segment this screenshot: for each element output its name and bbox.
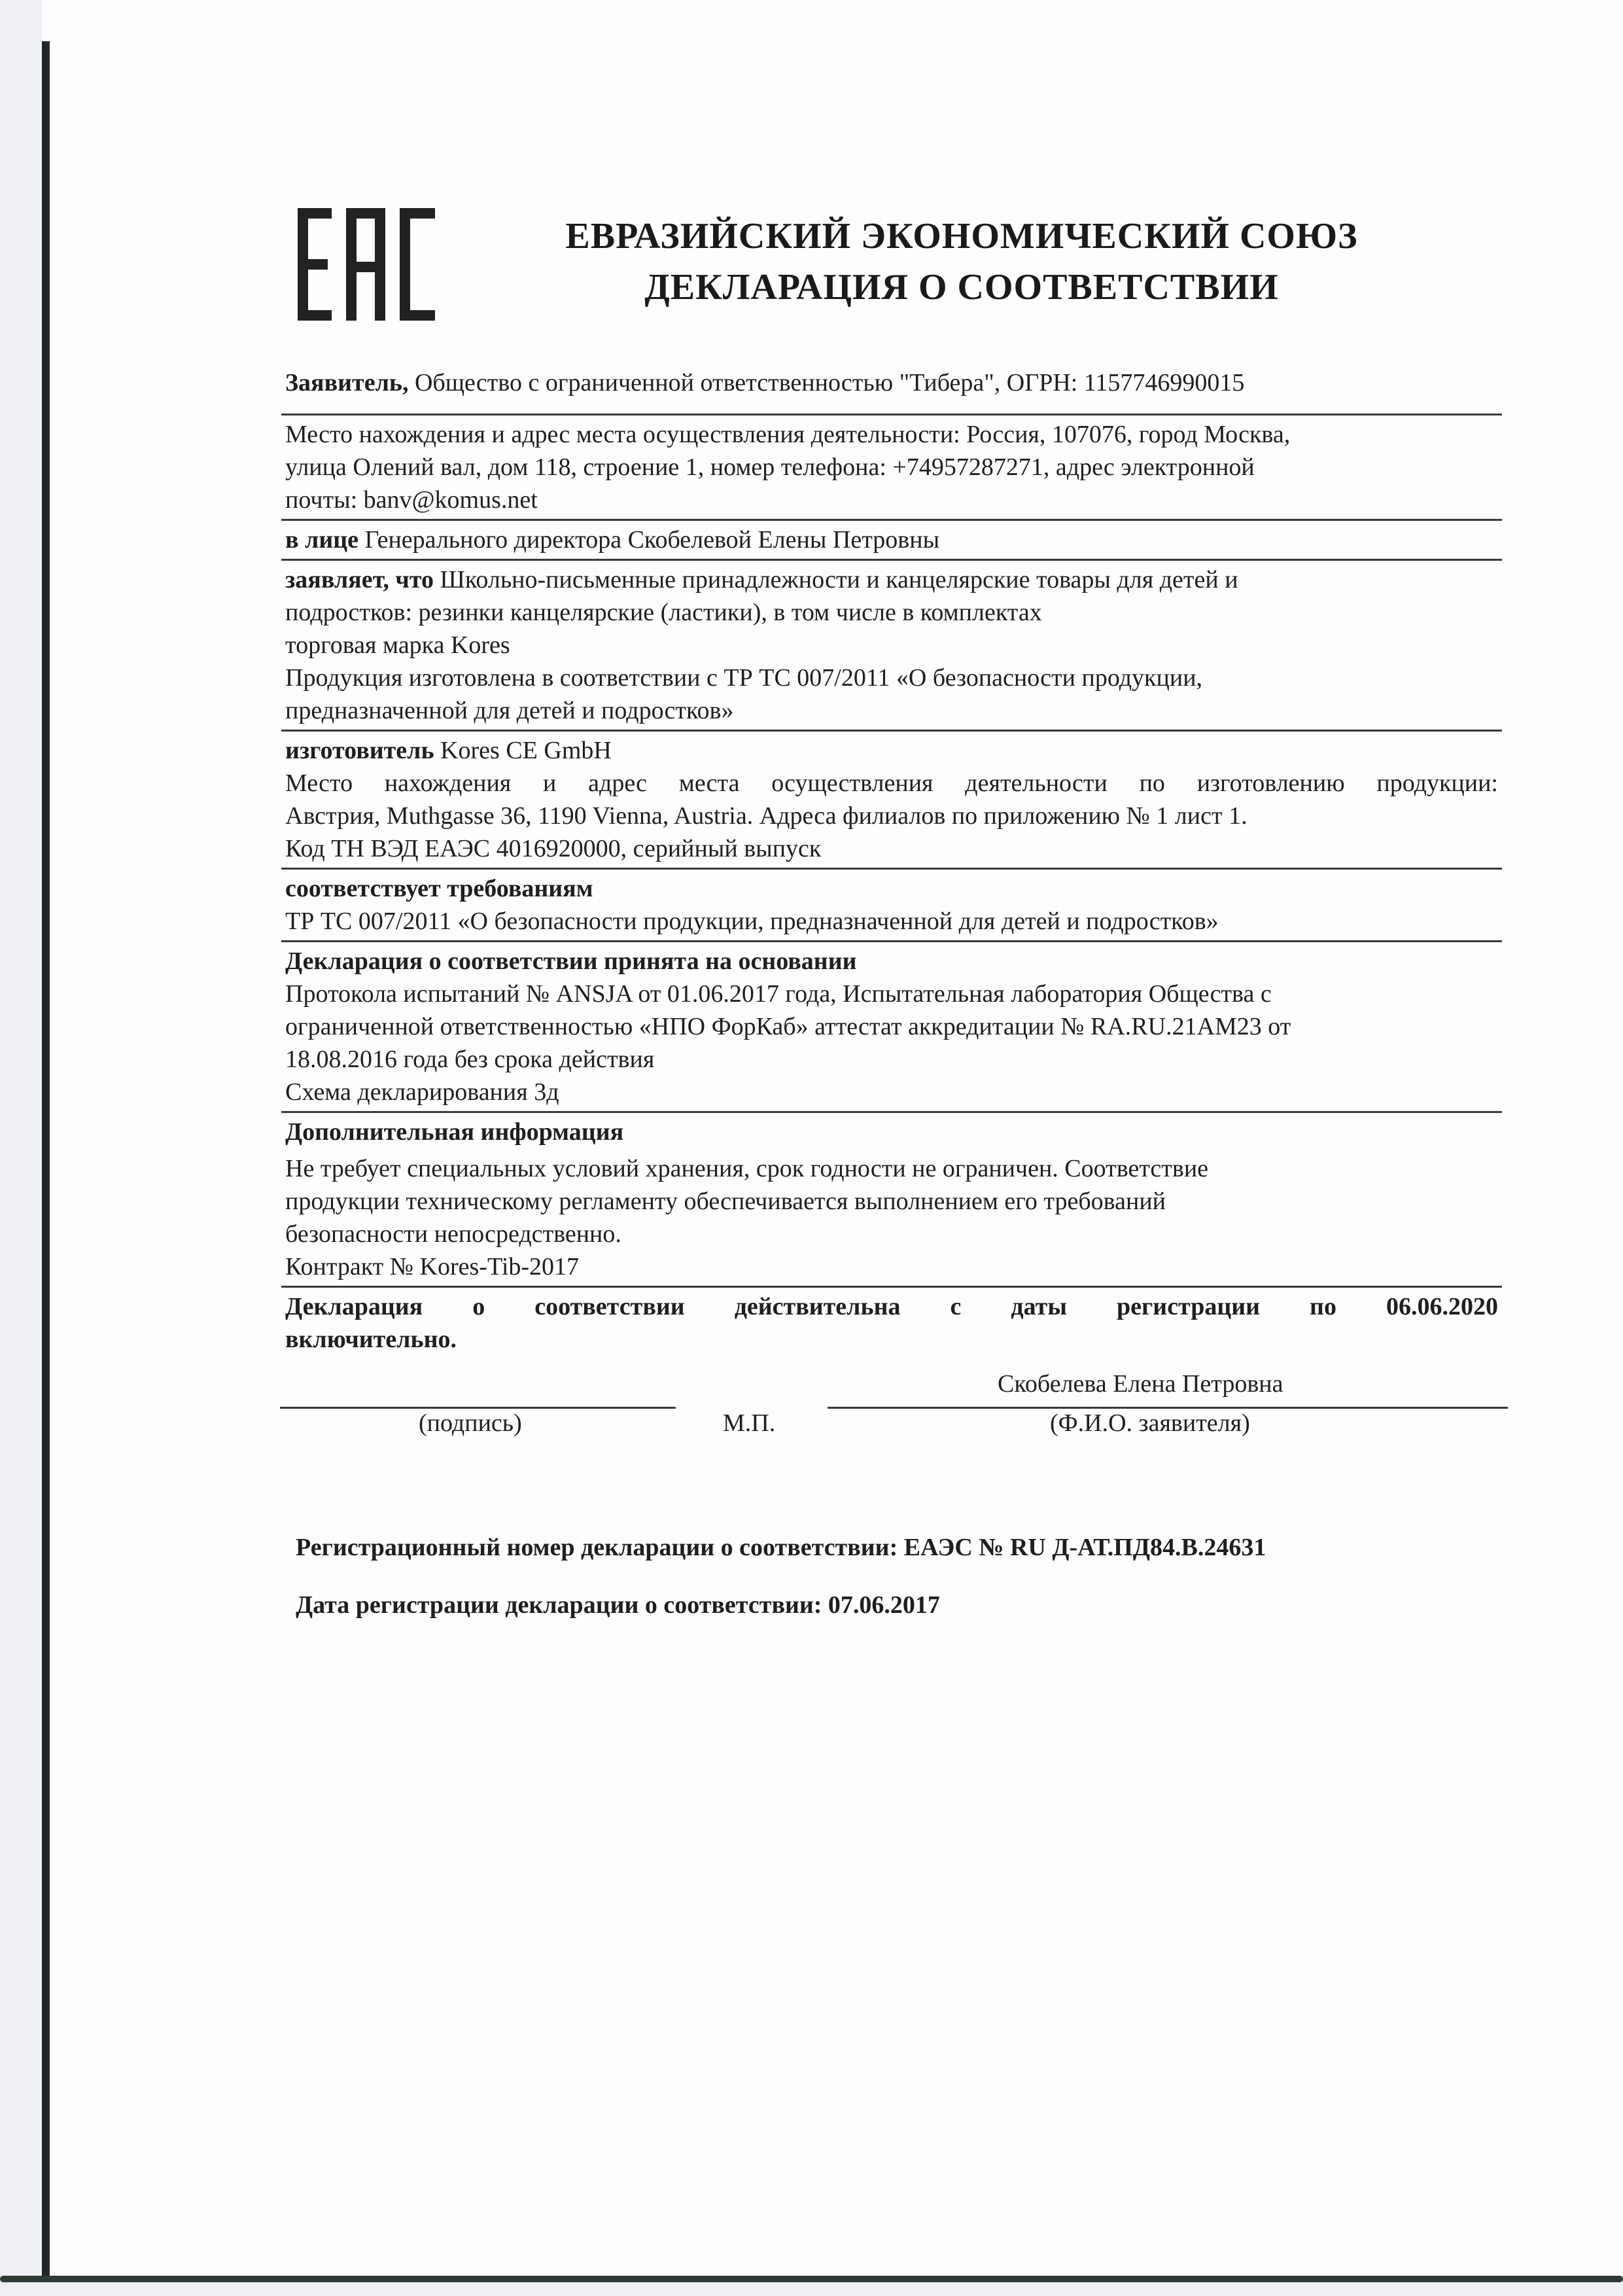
scheme-line: Схема декларирования 3д	[285, 1076, 1498, 1108]
basis-line: 18.08.2016 года без срока действия	[285, 1043, 1498, 1076]
address-line: почты: banv@komus.net	[285, 484, 1498, 516]
contract-line: Контракт № Kores-Tib-2017	[285, 1250, 1498, 1283]
manufacturer-line: Австрия, Muthgasse 36, 1190 Vienna, Aust…	[285, 800, 1498, 832]
declares-line: Продукция изготовлена в соответствии с Т…	[285, 662, 1498, 694]
section-declares: заявляет, что Школьно-письменные принадл…	[281, 561, 1502, 732]
manufacturer-label: изготовитель	[285, 737, 434, 764]
validity-line: включительно.	[285, 1323, 1498, 1356]
declares-label: заявляет, что	[285, 566, 434, 593]
basis-line: Протокола испытаний № ANSJA от 01.06.201…	[285, 978, 1498, 1010]
declares-line: предназначенной для детей и подростков»	[285, 694, 1498, 727]
basis-label: Декларация о соответствии принята на осн…	[285, 945, 1498, 978]
declaration-body: Заявитель, Общество с ограниченной ответ…	[281, 366, 1502, 1358]
declares-text: Школьно-письменные принадлежности и канц…	[434, 566, 1238, 593]
stamp-placeholder: М.П.	[723, 1407, 775, 1439]
section-basis: Декларация о соответствии принята на осн…	[281, 942, 1502, 1113]
applicant-label: Заявитель,	[285, 369, 408, 397]
manufacturer-name: Kores CE GmbH	[434, 737, 612, 764]
representative-text: Генерального директора Скобелевой Елены …	[358, 526, 939, 554]
signature-caption: (подпись)	[419, 1407, 522, 1439]
registration-number: Регистрационный номер декларации о соотв…	[296, 1531, 1266, 1564]
manufacturer-line: Место нахождения и адрес места осуществл…	[285, 767, 1498, 800]
applicant-name: Скобелева Елена Петровна	[998, 1368, 1283, 1400]
section-additional: Дополнительная информация Не требует спе…	[281, 1113, 1502, 1288]
section-validity: Декларация о соответствии действительна …	[281, 1288, 1502, 1358]
trademark-line: торговая марка Kores	[285, 629, 1498, 662]
eac-logo-icon	[298, 208, 435, 321]
additional-line: Не требует специальных условий хранения,…	[285, 1152, 1498, 1185]
additional-line: безопасности непосредственно.	[285, 1218, 1498, 1250]
hs-code-line: Код ТН ВЭД ЕАЭС 4016920000, серийный вып…	[285, 832, 1498, 865]
scan-edge-bottom	[0, 2276, 1623, 2282]
declares-line: подростков: резинки канцелярские (ластик…	[285, 596, 1498, 629]
address-line: улица Олений вал, дом 118, строение 1, н…	[285, 451, 1498, 484]
additional-label: Дополнительная информация	[285, 1116, 1498, 1148]
name-caption: (Ф.И.О. заявителя)	[1050, 1407, 1250, 1439]
conforms-label: соответствует требованиям	[285, 872, 1498, 905]
conforms-text: ТР ТС 007/2011 «О безопасности продукции…	[285, 905, 1498, 938]
scan-margin-bottom	[0, 2282, 1623, 2296]
additional-line: продукции техническому регламенту обеспе…	[285, 1185, 1498, 1218]
scan-margin-left	[0, 0, 42, 2296]
title-union: ЕВРАЗИЙСКИЙ ЭКОНОМИЧЕСКИЙ СОЮЗ	[497, 211, 1426, 262]
address-line: Место нахождения и адрес места осуществл…	[285, 418, 1498, 451]
section-representative: в лице Генерального директора Скобелевой…	[281, 521, 1502, 561]
basis-line: ограниченной ответственностью «НПО ФорКа…	[285, 1010, 1498, 1043]
representative-label: в лице	[285, 526, 358, 554]
section-address: Место нахождения и адрес места осуществл…	[281, 415, 1502, 521]
applicant-text: Общество с ограниченной ответственностью…	[408, 369, 1244, 397]
section-manufacturer: изготовитель Kores CE GmbH Место нахожде…	[281, 732, 1502, 870]
section-applicant: Заявитель, Общество с ограниченной ответ…	[281, 366, 1502, 415]
title-declaration: ДЕКЛАРАЦИЯ О СООТВЕТСТВИИ	[497, 262, 1426, 313]
scan-edge-left	[42, 41, 50, 2296]
section-conforms: соответствует требованиям ТР ТС 007/2011…	[281, 870, 1502, 942]
registration-date: Дата регистрации декларации о соответств…	[296, 1589, 940, 1621]
document-title: ЕВРАЗИЙСКИЙ ЭКОНОМИЧЕСКИЙ СОЮЗ ДЕКЛАРАЦИ…	[497, 211, 1426, 313]
validity-line: Декларация о соответствии действительна …	[285, 1290, 1498, 1323]
